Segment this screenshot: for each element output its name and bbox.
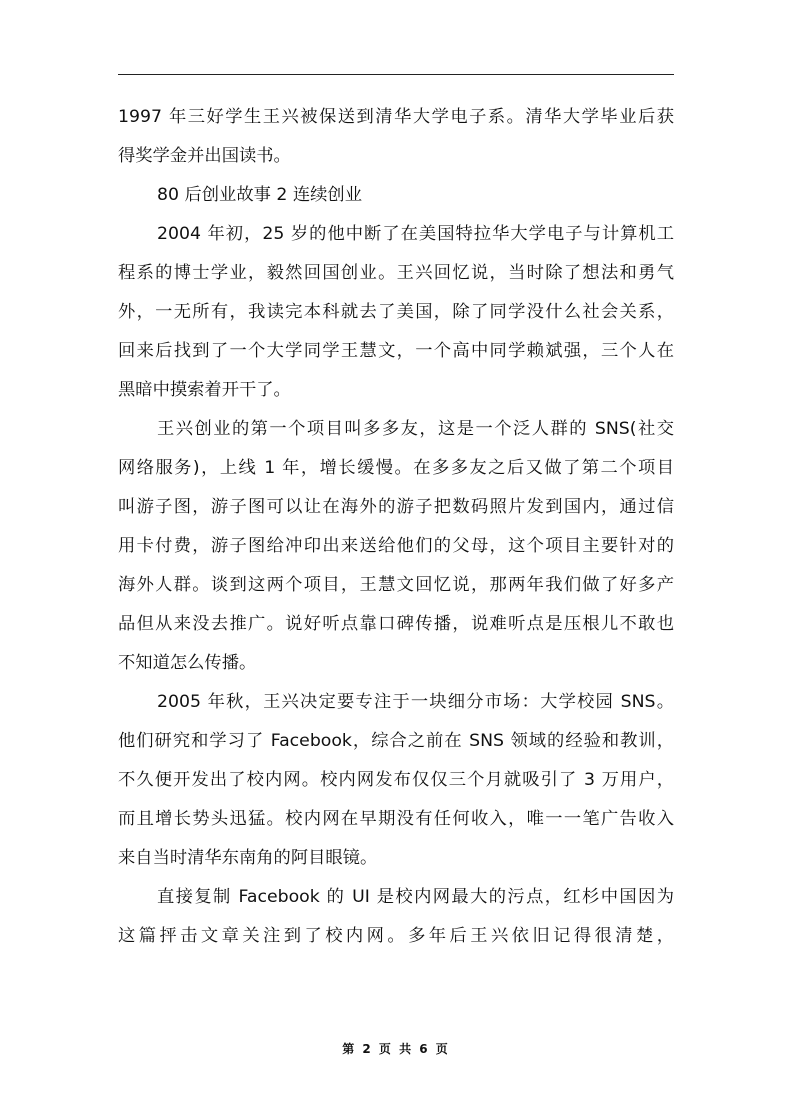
text-line: 2005 年秋，王兴决定要专注于一块细分市场：大学校园 SNS。 — [118, 686, 674, 725]
text-line: 1997 年三好学生王兴被保送到清华大学电子系。清华大学毕业后获 — [118, 101, 674, 140]
text-line: 外，一无所有，我读完本科就去了美国，除了同学没什么社会关系， — [118, 296, 674, 335]
text-line: 王兴创业的第一个项目叫多多友，这是一个泛人群的 SNS(社交 — [118, 413, 674, 452]
text-line: 海外人群。谈到这两个项目，王慧文回忆说，那两年我们做了好多产 — [118, 569, 674, 608]
document-body: 1997 年三好学生王兴被保送到清华大学电子系。清华大学毕业后获 得奖学金并出国… — [118, 101, 674, 959]
text-line: 用卡付费，游子图给冲印出来送给他们的父母，这个项目主要针对的 — [118, 530, 674, 569]
text-line: 来自当时清华东南角的阿目眼镜。 — [118, 842, 674, 881]
text-line: 回来后找到了一个大学同学王慧文，一个高中同学赖斌强，三个人在 — [118, 335, 674, 374]
text-line: 叫游子图，游子图可以让在海外的游子把数码照片发到国内，通过信 — [118, 491, 674, 530]
text-line: 不久便开发出了校内网。校内网发布仅仅三个月就吸引了 3 万用户， — [118, 764, 674, 803]
text-line: 程系的博士学业，毅然回国创业。王兴回忆说，当时除了想法和勇气 — [118, 257, 674, 296]
text-line: 而且增长势头迅猛。校内网在早期没有任何收入，唯一一笔广告收入 — [118, 803, 674, 842]
page-number-footer: 第 2 页 共 6 页 — [0, 1040, 792, 1057]
text-line: 他们研究和学习了 Facebook，综合之前在 SNS 领域的经验和教训， — [118, 725, 674, 764]
text-line: 不知道怎么传播。 — [118, 647, 674, 686]
text-line: 网络服务)，上线 1 年，增长缓慢。在多多友之后又做了第二个项目 — [118, 452, 674, 491]
text-line: 2004 年初，25 岁的他中断了在美国特拉华大学电子与计算机工 — [118, 218, 674, 257]
text-line: 品但从来没去推广。说好听点靠口碑传播，说难听点是压根儿不敢也 — [118, 608, 674, 647]
text-line: 得奖学金并出国读书。 — [118, 140, 674, 179]
text-line: 直接复制 Facebook 的 UI 是校内网最大的污点，红杉中国因为 — [118, 881, 674, 920]
text-line: 黑暗中摸索着开干了。 — [118, 374, 674, 413]
header-rule — [118, 74, 674, 75]
text-line: 这篇抨击文章关注到了校内网。多年后王兴依旧记得很清楚， — [118, 920, 674, 959]
section-heading: 80 后创业故事 2 连续创业 — [118, 179, 674, 218]
